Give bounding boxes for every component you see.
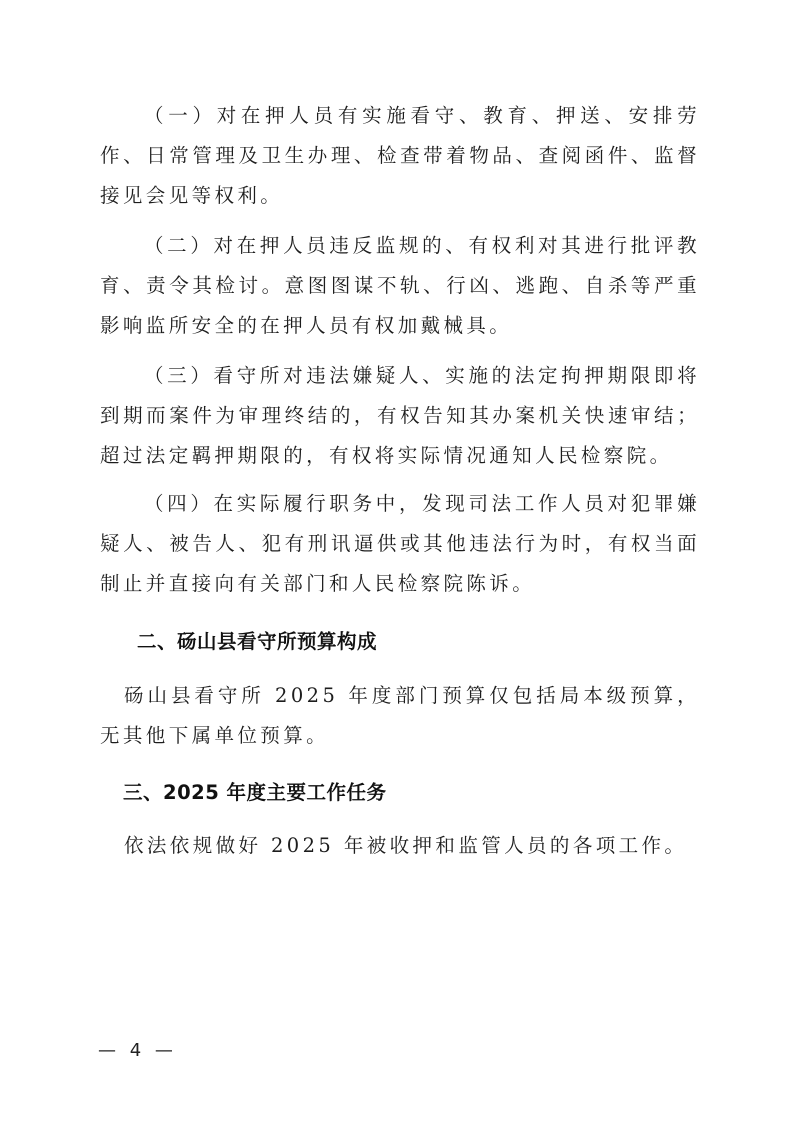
page-number: — 4 —: [98, 1040, 177, 1061]
paragraph-item-4: （四）在实际履行职务中，发现司法工作人员对犯罪嫌疑人、被告人、犯有刑讯逼供或其他…: [100, 484, 700, 604]
section-body-budget-composition: 砀山县看守所 2025 年度部门预算仅包括局本级预算，无其他下属单位预算。: [100, 676, 700, 756]
section-heading-main-tasks: 三、2025 年度主要工作任务: [123, 779, 387, 807]
section-body-main-tasks: 依法依规做好 2025 年被收押和监管人员的各项工作。: [100, 826, 700, 866]
paragraph-item-1: （一）对在押人员有实施看守、教育、押送、安排劳作、日常管理及卫生办理、检查带着物…: [100, 96, 700, 216]
paragraph-item-2: （二）对在押人员违反监规的、有权利对其进行批评教育、责令其检讨。意图图谋不轨、行…: [100, 226, 700, 346]
section-heading-budget-composition: 二、砀山县看守所预算构成: [137, 628, 377, 656]
paragraph-item-3: （三）看守所对违法嫌疑人、实施的法定拘押期限即将到期而案件为审理终结的，有权告知…: [100, 356, 700, 476]
document-page: （一）对在押人员有实施看守、教育、押送、安排劳作、日常管理及卫生办理、检查带着物…: [0, 0, 793, 1122]
